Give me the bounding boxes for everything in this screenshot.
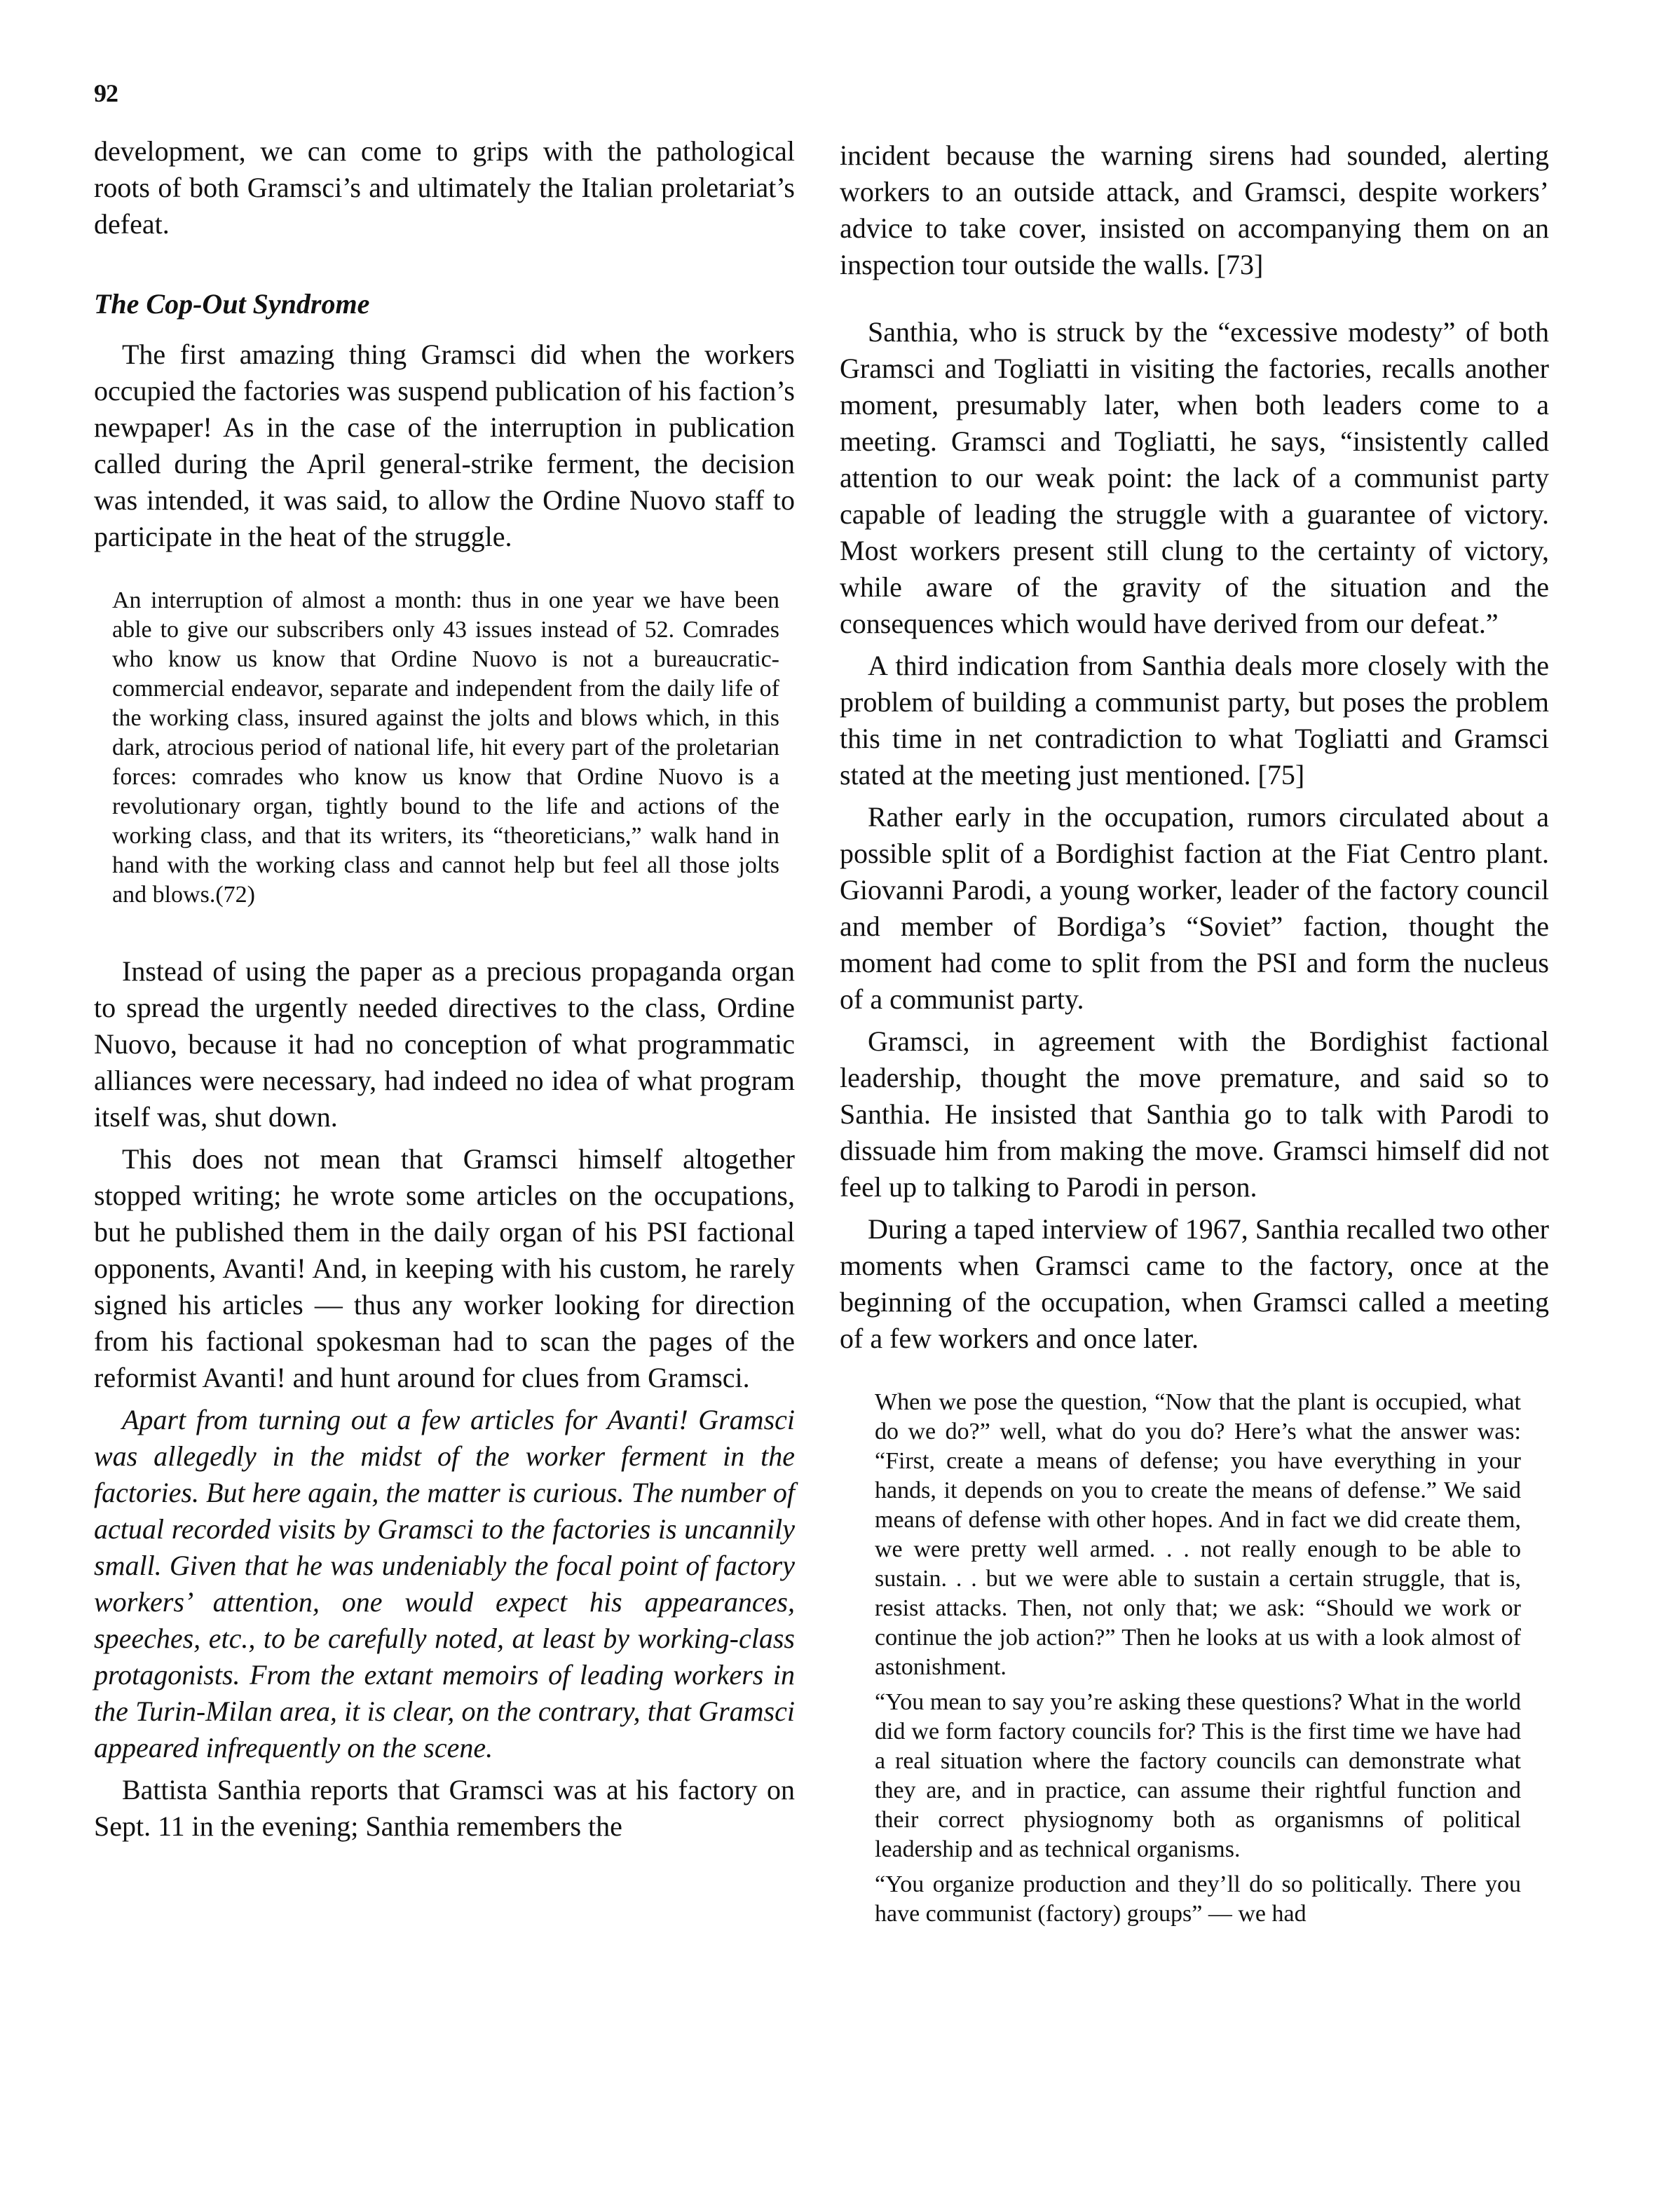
block-quote-paragraph: “You organize production and they’ll do … <box>875 1870 1521 1929</box>
body-paragraph: Instead of using the paper as a precious… <box>94 953 795 1135</box>
block-quote: When we pose the question, “Now that the… <box>840 1388 1549 1929</box>
body-paragraph: Gramsci, in agreement with the Bordighis… <box>840 1023 1549 1206</box>
opening-paragraph: development, we can come to grips with t… <box>94 133 795 243</box>
body-paragraph: Battista Santhia reports that Gramsci wa… <box>94 1772 795 1845</box>
body-paragraph: This does not mean that Gramsci himself … <box>94 1141 795 1396</box>
section-heading: The Cop-Out Syndrome <box>94 286 795 322</box>
right-column: incident because the warning sirens had … <box>840 137 1549 1929</box>
block-quote: An interruption of almost a month: thus … <box>94 586 795 910</box>
block-quote-paragraph: When we pose the question, “Now that the… <box>875 1388 1521 1682</box>
block-quote-paragraph: “You mean to say you’re asking these que… <box>875 1688 1521 1864</box>
body-paragraph: A third indication from Santhia deals mo… <box>840 648 1549 793</box>
left-column: development, we can come to grips with t… <box>94 133 795 1845</box>
continuation-paragraph: incident because the warning sirens had … <box>840 137 1549 283</box>
body-paragraph: Rather early in the occupation, rumors c… <box>840 799 1549 1018</box>
body-paragraph: The first amazing thing Gramsci did when… <box>94 336 795 555</box>
body-paragraph: Santhia, who is struck by the “excessive… <box>840 314 1549 642</box>
body-paragraph: During a taped interview of 1967, Santhi… <box>840 1211 1549 1357</box>
page-number: 92 <box>94 78 118 108</box>
block-quote-text: An interruption of almost a month: thus … <box>112 586 779 910</box>
italic-paragraph: Apart from turning out a few articles fo… <box>94 1402 795 1766</box>
